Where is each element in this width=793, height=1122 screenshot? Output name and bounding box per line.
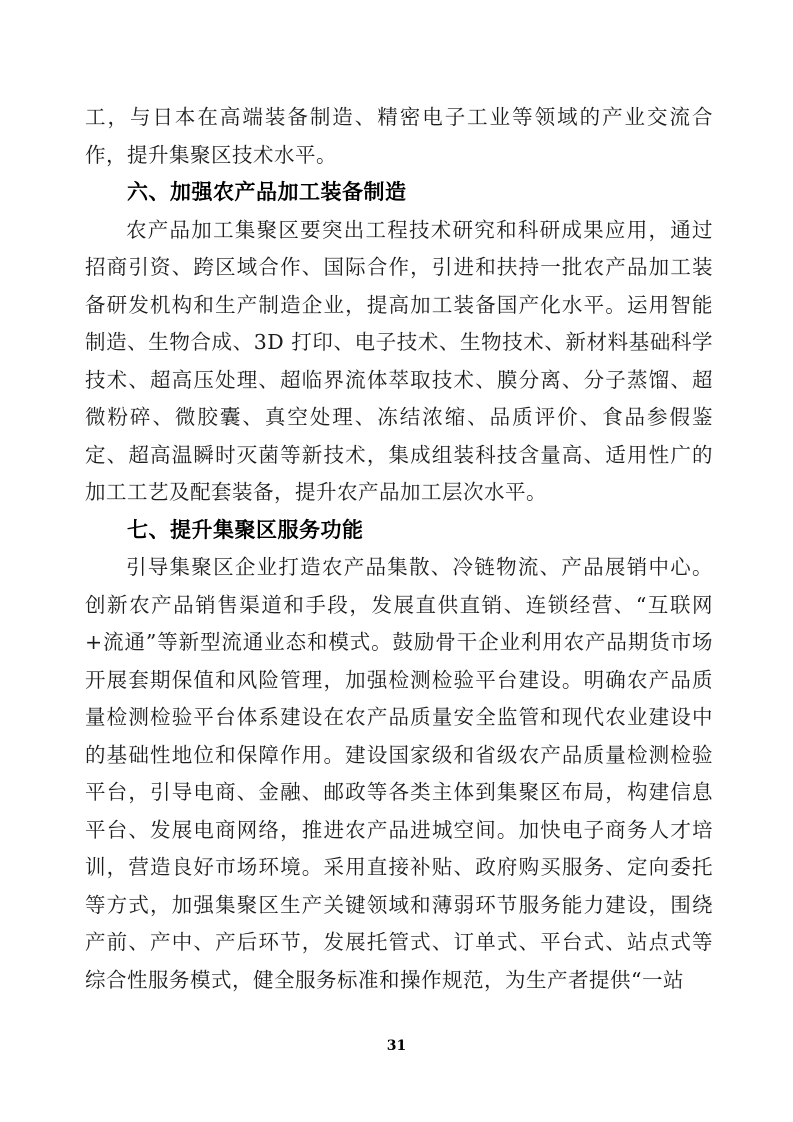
document-page: 工，与日本在高端装备制造、精密电子工业等领域的产业交流合作，提升集聚区技术水平。… — [0, 0, 793, 1122]
page-number: 31 — [0, 1038, 793, 1054]
section-6-paragraph: 农产品加工集聚区要突出工程技术研究和科研成果应用，通过招商引资、跨区域合作、国际… — [85, 212, 713, 512]
continuation-paragraph: 工，与日本在高端装备制造、精密电子工业等领域的产业交流合作，提升集聚区技术水平。 — [85, 99, 713, 174]
page-body-text: 工，与日本在高端装备制造、精密电子工业等领域的产业交流合作，提升集聚区技术水平。… — [85, 99, 713, 999]
section-7-paragraph: 引导集聚区企业打造农产品集散、冷链物流、产品展销中心。创新农产品销售渠道和手段，… — [85, 549, 713, 999]
section-heading-7: 七、提升集聚区服务功能 — [85, 512, 713, 550]
section-heading-6: 六、加强农产品加工装备制造 — [85, 174, 713, 212]
